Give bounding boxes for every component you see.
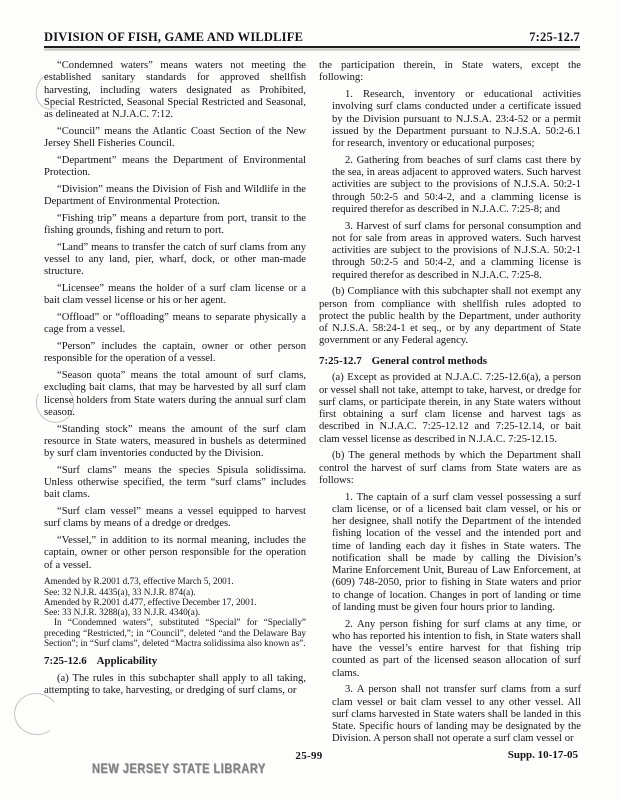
section-title: General control methods xyxy=(372,355,487,367)
page-header: DIVISION OF FISH, GAME AND WILDLIFE 7:25… xyxy=(44,30,580,45)
definition-paragraph: “Surf clams” means the species Spisula s… xyxy=(44,465,306,502)
numbered-item: 1. Research, inventory or educational ac… xyxy=(332,89,581,150)
numbered-item: 3. A person shall not transfer surf clam… xyxy=(332,684,581,745)
definition-paragraph: “Condemned waters” means waters not meet… xyxy=(44,60,306,121)
supplement-date: Supp. 10-17-05 xyxy=(508,749,578,761)
history-line: See: 32 N.J.R. 4435(a), 33 N.J.R. 874(a)… xyxy=(44,587,306,597)
continuation-paragraph: the participation therein, in State wate… xyxy=(319,60,581,85)
definition-paragraph: “Licensee” means the holder of a surf cl… xyxy=(44,283,306,308)
body-paragraph: (b) Compliance with this subchapter shal… xyxy=(319,286,581,347)
body-paragraph: (a) Except as provided at N.J.A.C. 7:25-… xyxy=(319,372,581,446)
right-column: the participation therein, in State wate… xyxy=(319,60,581,750)
left-column: “Condemned waters” means waters not meet… xyxy=(44,60,306,750)
section-heading-general-control-methods: 7:25-12.7General control methods xyxy=(319,355,581,367)
definition-paragraph: “Department” means the Department of Env… xyxy=(44,155,306,180)
section-number: 7:25-12.6 xyxy=(44,655,87,667)
body-paragraph: (b) The general methods by which the Dep… xyxy=(319,450,581,487)
document-page: DIVISION OF FISH, GAME AND WILDLIFE 7:25… xyxy=(0,0,618,800)
definition-paragraph: “Land” means to transfer the catch of su… xyxy=(44,242,306,279)
header-rule xyxy=(44,46,580,48)
history-line: Amended by R.2001 d.73, effective March … xyxy=(44,576,306,586)
section-number: 7:25-12.7 xyxy=(319,355,362,367)
body-paragraph: (a) The rules in this subchapter shall a… xyxy=(44,673,306,698)
definition-paragraph: “Fishing trip” means a departure from po… xyxy=(44,213,306,238)
numbered-item: 2. Any person fishing for surf clams at … xyxy=(332,619,581,680)
definition-paragraph: “Person” includes the captain, owner or … xyxy=(44,341,306,366)
definition-paragraph: “Council” means the Atlantic Coast Secti… xyxy=(44,126,306,151)
section-heading-applicability: 7:25-12.6Applicability xyxy=(44,655,306,667)
history-line: See: 33 N.J.R. 3288(a), 33 N.J.R. 4340(a… xyxy=(44,607,306,617)
content-columns: “Condemned waters” means waters not meet… xyxy=(44,60,581,750)
definition-paragraph: “Vessel,” in addition to its normal mean… xyxy=(44,535,306,572)
header-section-ref: 7:25-12.7 xyxy=(529,30,580,45)
definition-paragraph: “Standing stock” means the amount of the… xyxy=(44,424,306,461)
history-amendment-note: In “Condemned waters”, substituted “Spec… xyxy=(44,617,306,648)
definition-paragraph: “Offload” or “offloading” means to separ… xyxy=(44,312,306,337)
history-line: Amended by R.2001 d.477, effective Decem… xyxy=(44,597,306,607)
section-title: Applicability xyxy=(97,655,158,667)
header-title: DIVISION OF FISH, GAME AND WILDLIFE xyxy=(44,30,303,45)
library-stamp: NEW JERSEY STATE LIBRARY xyxy=(92,761,266,776)
definition-paragraph: “Surf clam vessel” means a vessel equipp… xyxy=(44,506,306,531)
numbered-item: 3. Harvest of surf clams for personal co… xyxy=(332,221,581,282)
numbered-item: 1. The captain of a surf clam vessel pos… xyxy=(332,492,581,615)
numbered-item: 2. Gathering from beaches of surf clams … xyxy=(332,155,581,216)
history-note-block: Amended by R.2001 d.73, effective March … xyxy=(44,576,306,648)
definition-paragraph: “Division” means the Division of Fish an… xyxy=(44,184,306,209)
definition-paragraph: “Season quota” means the total amount of… xyxy=(44,370,306,419)
